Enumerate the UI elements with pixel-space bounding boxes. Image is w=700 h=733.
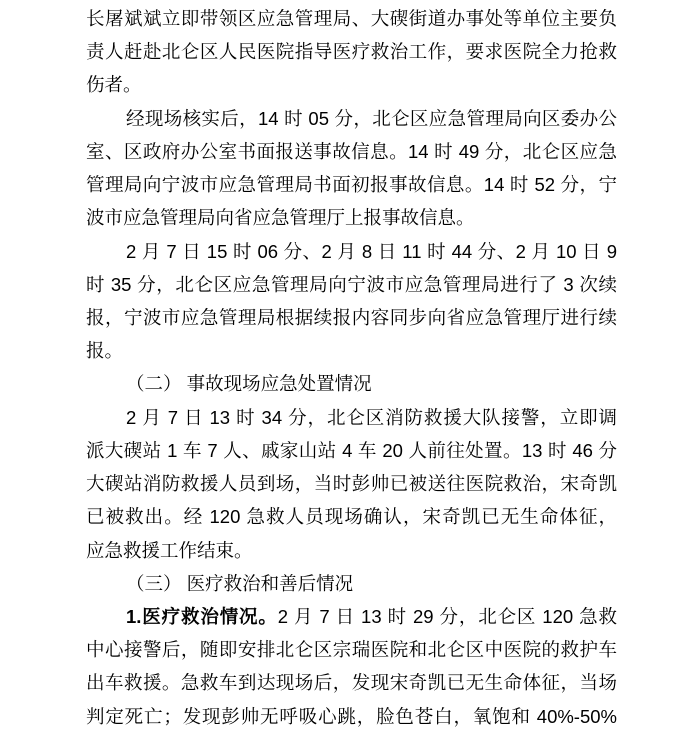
text-line-continuation: 2 月 7 日 13 时 29 分，北仑区 120 急救: [278, 606, 617, 627]
text-line: 派大碶站 1 车 7 人、戚家山站 4 车 20 人前往处置。13 时 46 分: [86, 434, 617, 467]
text-line: 伤者。: [86, 68, 617, 101]
text-line: 时 35 分，北仑区应急管理局向宁波市应急管理局进行了 3 次续: [86, 268, 617, 301]
text-line: 出车救援。急救车到达现场后，发现宋奇凯已无生命体征，当场: [86, 666, 617, 699]
text-line: 经现场核实后，14 时 05 分，北仑区应急管理局向区委办公: [86, 102, 617, 135]
text-line: 报。: [86, 334, 617, 367]
text-line: 长屠斌斌立即带领区应急管理局、大碶街道办事处等单位主要负: [86, 2, 617, 35]
text-line: 2 月 7 日 13 时 34 分，北仑区消防救援大队接警，立即调: [86, 401, 617, 434]
text-line: 责人赶赴北仑区人民医院指导医疗救治工作，要求医院全力抢救: [86, 35, 617, 68]
text-line: 2 月 7 日 15 时 06 分、2 月 8 日 11 时 44 分、2 月 …: [86, 235, 617, 268]
text-line: 管理局向宁波市应急管理局书面初报事故信息。14 时 52 分，宁: [86, 168, 617, 201]
text-line: 应急救援工作结束。: [86, 534, 617, 567]
text-line: 室、区政府办公室书面报送事故信息。14 时 49 分，北仑区应急: [86, 135, 617, 168]
text-line: 报，宁波市应急管理局根据续报内容同步向省应急管理厅进行续: [86, 301, 617, 334]
section-heading-2: （二） 事故现场应急处置情况: [86, 367, 617, 400]
text-line: 判定死亡；发现彭帅无呼吸心跳，脸色苍白，氧饱和 40%-50%: [86, 700, 617, 733]
section-heading-3: （三） 医疗救治和善后情况: [86, 567, 617, 600]
document-page: 长屠斌斌立即带领区应急管理局、大碶街道办事处等单位主要负 责人赶赴北仑区人民医院…: [0, 0, 700, 733]
bold-lead-in: 1.医疗救治情况。: [126, 606, 278, 627]
text-line: 大碶站消防救援人员到场，当时彭帅已被送往医院救治，宋奇凯: [86, 467, 617, 500]
text-line: 已被救出。经 120 急救人员现场确认，宋奇凯已无生命体征，: [86, 500, 617, 533]
text-line: 1.医疗救治情况。2 月 7 日 13 时 29 分，北仑区 120 急救: [86, 600, 617, 633]
text-line: 波市应急管理局向省应急管理厅上报事故信息。: [86, 201, 617, 234]
text-line: 中心接警后，随即安排北仑区宗瑞医院和北仑区中医院的救护车: [86, 633, 617, 666]
